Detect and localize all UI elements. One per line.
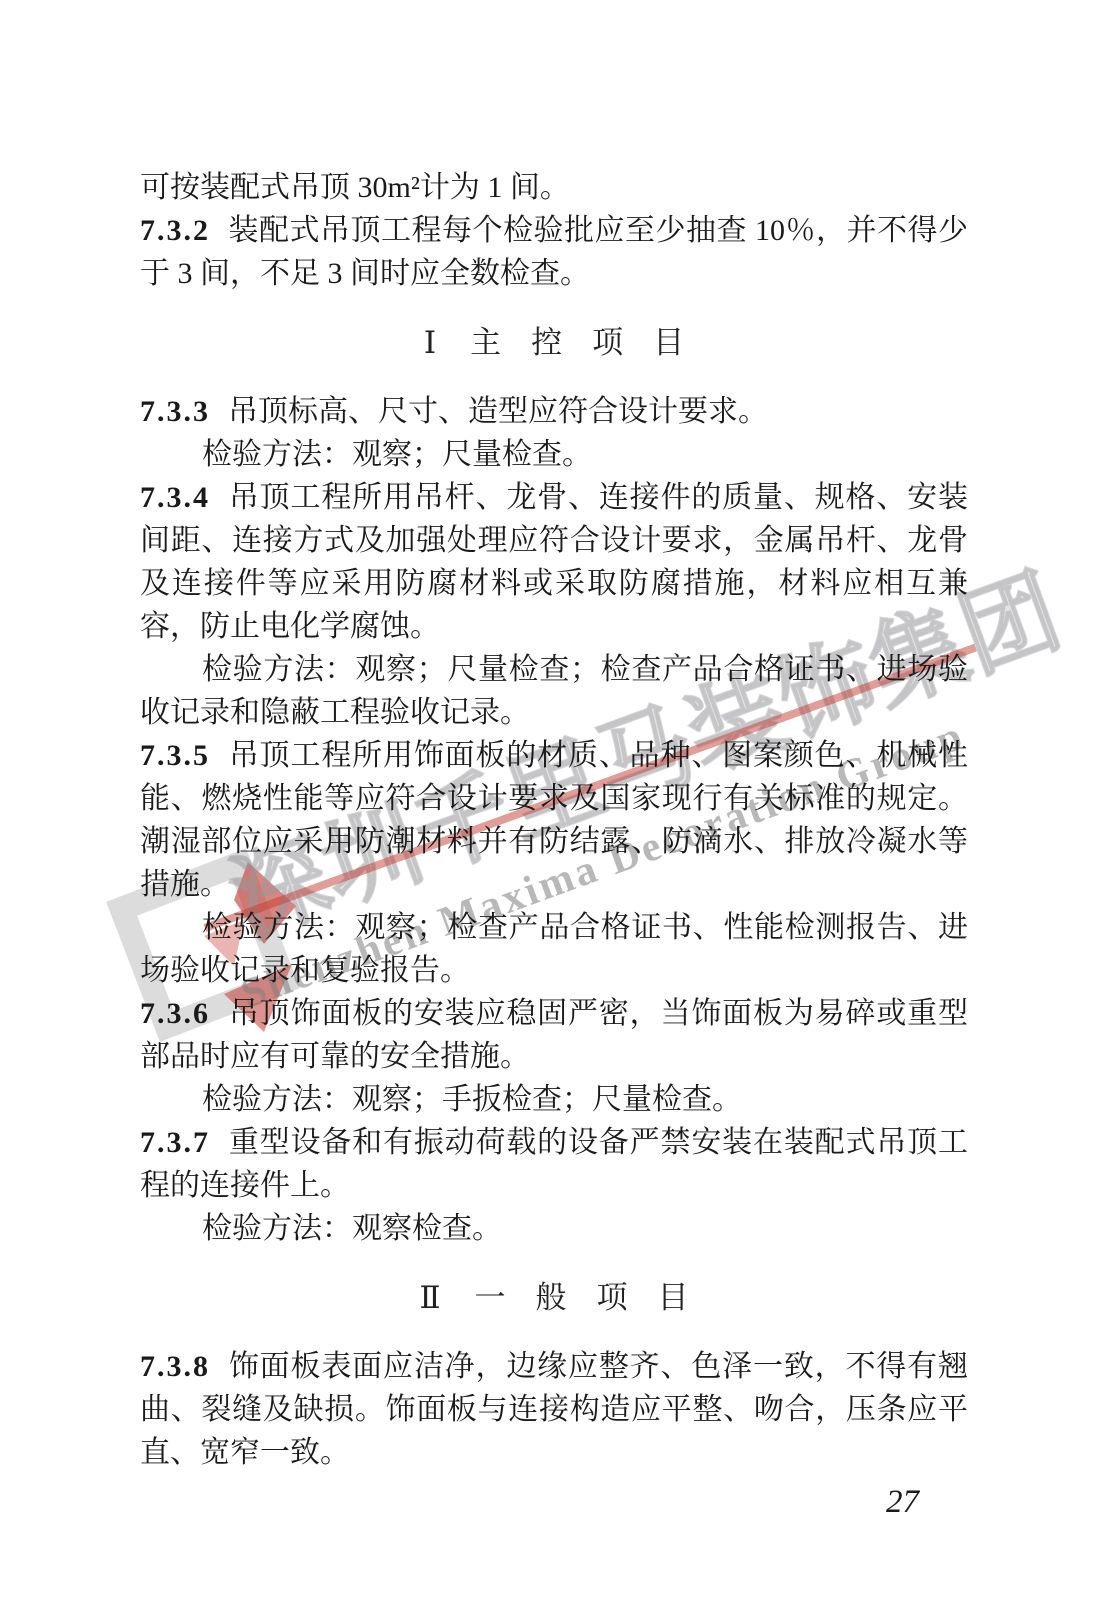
section-numeral: Ⅱ — [419, 1280, 440, 1315]
text-block: 可按装配式吊顶 30m²计为 1 间。 7.3.2装配式吊顶工程每个检验批应至少… — [140, 166, 968, 1474]
method-paragraph: 检验方法：观察；手扳检查；尺量检查。 — [140, 1078, 968, 1121]
clause-number: 7.3.5 — [140, 739, 210, 772]
clause-number: 7.3.7 — [140, 1126, 210, 1159]
clause-paragraph-7-3-6: 7.3.6吊顶饰面板的安装应稳固严密，当饰面板为易碎或重型部品时应有可靠的安全措… — [140, 992, 968, 1078]
method-paragraph: 检验方法：观察；检查产品合格证书、性能检测报告、进场验收记录和复验报告。 — [140, 906, 968, 992]
clause-number: 7.3.3 — [140, 395, 210, 428]
method-paragraph: 检验方法：观察；尺量检查；检查产品合格证书、进场验收记录和隐蔽工程验收记录。 — [140, 648, 968, 734]
clause-text: 吊顶饰面板的安装应稳固严密，当饰面板为易碎或重型部品时应有可靠的安全措施。 — [140, 997, 968, 1073]
clause-number: 7.3.8 — [140, 1350, 210, 1383]
section-title: 一般项目 — [475, 1280, 719, 1315]
clause-paragraph-7-3-2: 7.3.2装配式吊顶工程每个检验批应至少抽查 10％，并不得少于 3 间，不足 … — [140, 209, 968, 295]
method-paragraph: 检验方法：观察；尺量检查。 — [140, 433, 968, 476]
clause-text: 吊顶标高、尺寸、造型应符合设计要求。 — [228, 395, 768, 428]
clause-text: 装配式吊顶工程每个检验批应至少抽查 10％，并不得少于 3 间，不足 3 间时应… — [140, 214, 968, 290]
section-heading-general: Ⅱ一般项目 — [140, 1276, 968, 1319]
method-text: 检验方法：观察；尺量检查；检查产品合格证书、进场验收记录和隐蔽工程验收记录。 — [140, 653, 968, 729]
clause-number: 7.3.6 — [140, 997, 210, 1030]
section-numeral: Ⅰ — [424, 325, 436, 360]
clause-number: 7.3.4 — [140, 481, 210, 514]
clause-paragraph-7-3-4: 7.3.4吊顶工程所用吊杆、龙骨、连接件的质量、规格、安装间距、连接方式及加强处… — [140, 476, 968, 648]
method-text: 检验方法：观察检查。 — [202, 1212, 502, 1245]
clause-paragraph-7-3-3: 7.3.3吊顶标高、尺寸、造型应符合设计要求。 — [140, 390, 968, 433]
page-number: 27 — [886, 1484, 919, 1521]
clause-paragraph-7-3-5: 7.3.5吊顶工程所用饰面板的材质、品种、图案颜色、机械性能、燃烧性能等应符合设… — [140, 734, 968, 906]
clause-text: 重型设备和有振动荷载的设备严禁安装在装配式吊顶工程的连接件上。 — [140, 1126, 968, 1202]
clause-paragraph-7-3-7: 7.3.7重型设备和有振动荷载的设备严禁安装在装配式吊顶工程的连接件上。 — [140, 1121, 968, 1207]
clause-number: 7.3.2 — [140, 214, 210, 247]
clause-text: 吊顶工程所用饰面板的材质、品种、图案颜色、机械性能、燃烧性能等应符合设计要求及国… — [140, 739, 968, 901]
clause-text: 可按装配式吊顶 30m²计为 1 间。 — [140, 171, 570, 204]
document-page: 深圳千里马装饰集团 Shenzhen Maxima Decoration Gro… — [0, 0, 1103, 1597]
method-paragraph: 检验方法：观察检查。 — [140, 1207, 968, 1250]
section-title: 主控项目 — [470, 325, 714, 360]
clause-text: 吊顶工程所用吊杆、龙骨、连接件的质量、规格、安装间距、连接方式及加强处理应符合设… — [140, 481, 968, 643]
method-text: 检验方法：观察；尺量检查。 — [202, 438, 592, 471]
clause-text: 饰面板表面应洁净，边缘应整齐、色泽一致，不得有翘曲、裂缝及缺损。饰面板与连接构造… — [140, 1350, 968, 1469]
section-heading-main-control: Ⅰ主控项目 — [140, 321, 968, 364]
method-text: 检验方法：观察；检查产品合格证书、性能检测报告、进场验收记录和复验报告。 — [140, 911, 968, 987]
clause-continuation-paragraph: 可按装配式吊顶 30m²计为 1 间。 — [140, 166, 968, 209]
clause-paragraph-7-3-8: 7.3.8饰面板表面应洁净，边缘应整齐、色泽一致，不得有翘曲、裂缝及缺损。饰面板… — [140, 1345, 968, 1474]
method-text: 检验方法：观察；手扳检查；尺量检查。 — [202, 1083, 742, 1116]
